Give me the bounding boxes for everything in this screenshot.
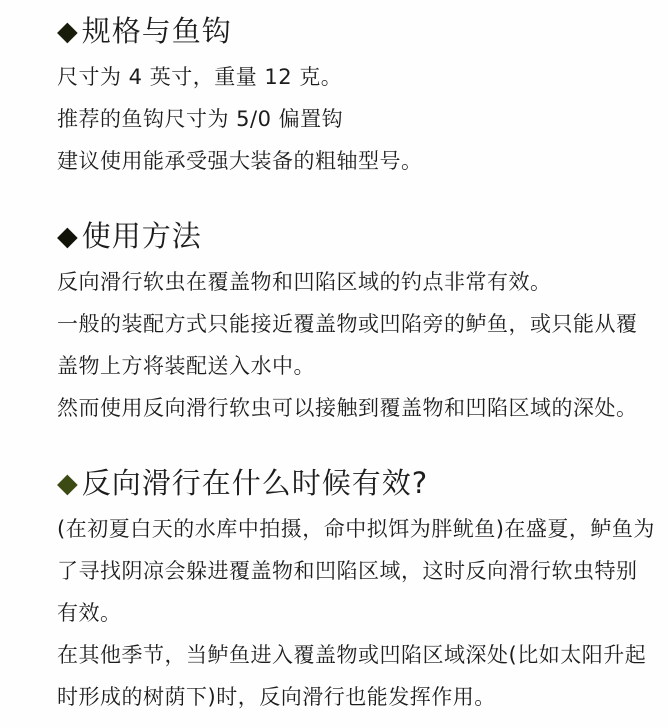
section-heading: ◆ 反向滑行在什么时候有效? <box>57 466 656 500</box>
section-body: 尺寸为 4 英寸，重量 12 克。 推荐的鱼钩尺寸为 5/0 偏置钩 建议使用能… <box>57 56 656 182</box>
paragraph: (在初夏白天的水库中拍摄，命中拟饵为胖鱿鱼)在盛夏，鲈鱼为了寻找阴凉会躲进覆盖物… <box>57 508 656 634</box>
paragraph: 一般的装配方式只能接近覆盖物或凹陷旁的鲈鱼，或只能从覆盖物上方将装配送入水中。 <box>57 303 656 387</box>
section-specs-and-hooks: ◆ 规格与鱼钩 尺寸为 4 英寸，重量 12 克。 推荐的鱼钩尺寸为 5/0 偏… <box>57 14 656 182</box>
section-heading: ◆ 规格与鱼钩 <box>57 14 656 48</box>
paragraph: 推荐的鱼钩尺寸为 5/0 偏置钩 <box>57 98 656 140</box>
section-heading: ◆ 使用方法 <box>57 219 656 253</box>
section-how-to-use: ◆ 使用方法 反向滑行软虫在覆盖物和凹陷区域的钓点非常有效。 一般的装配方式只能… <box>57 219 656 429</box>
document-page: ◆ 规格与鱼钩 尺寸为 4 英寸，重量 12 克。 推荐的鱼钩尺寸为 5/0 偏… <box>0 0 668 728</box>
section-heading-text: 使用方法 <box>82 219 202 253</box>
diamond-icon: ◆ <box>57 18 79 45</box>
section-heading-text: 反向滑行在什么时候有效? <box>82 466 428 500</box>
paragraph: 然而使用反向滑行软虫可以接触到覆盖物和凹陷区域的深处。 <box>57 387 656 429</box>
paragraph: 反向滑行软虫在覆盖物和凹陷区域的钓点非常有效。 <box>57 261 656 303</box>
paragraph: 尺寸为 4 英寸，重量 12 克。 <box>57 56 656 98</box>
paragraph: 在其他季节，当鲈鱼进入覆盖物或凹陷区域深处(比如太阳升起时形成的树荫下)时，反向… <box>57 634 656 718</box>
section-body: (在初夏白天的水库中拍摄，命中拟饵为胖鱿鱼)在盛夏，鲈鱼为了寻找阴凉会躲进覆盖物… <box>57 508 656 718</box>
diamond-icon: ◆ <box>57 470 79 497</box>
section-when-effective: ◆ 反向滑行在什么时候有效? (在初夏白天的水库中拍摄，命中拟饵为胖鱿鱼)在盛夏… <box>57 466 656 718</box>
paragraph: 建议使用能承受强大装备的粗轴型号。 <box>57 140 656 182</box>
section-heading-text: 规格与鱼钩 <box>82 14 232 48</box>
section-body: 反向滑行软虫在覆盖物和凹陷区域的钓点非常有效。 一般的装配方式只能接近覆盖物或凹… <box>57 261 656 429</box>
diamond-icon: ◆ <box>57 223 79 250</box>
document-body: { "page": { "background": "#fefefe", "te… <box>0 0 668 728</box>
